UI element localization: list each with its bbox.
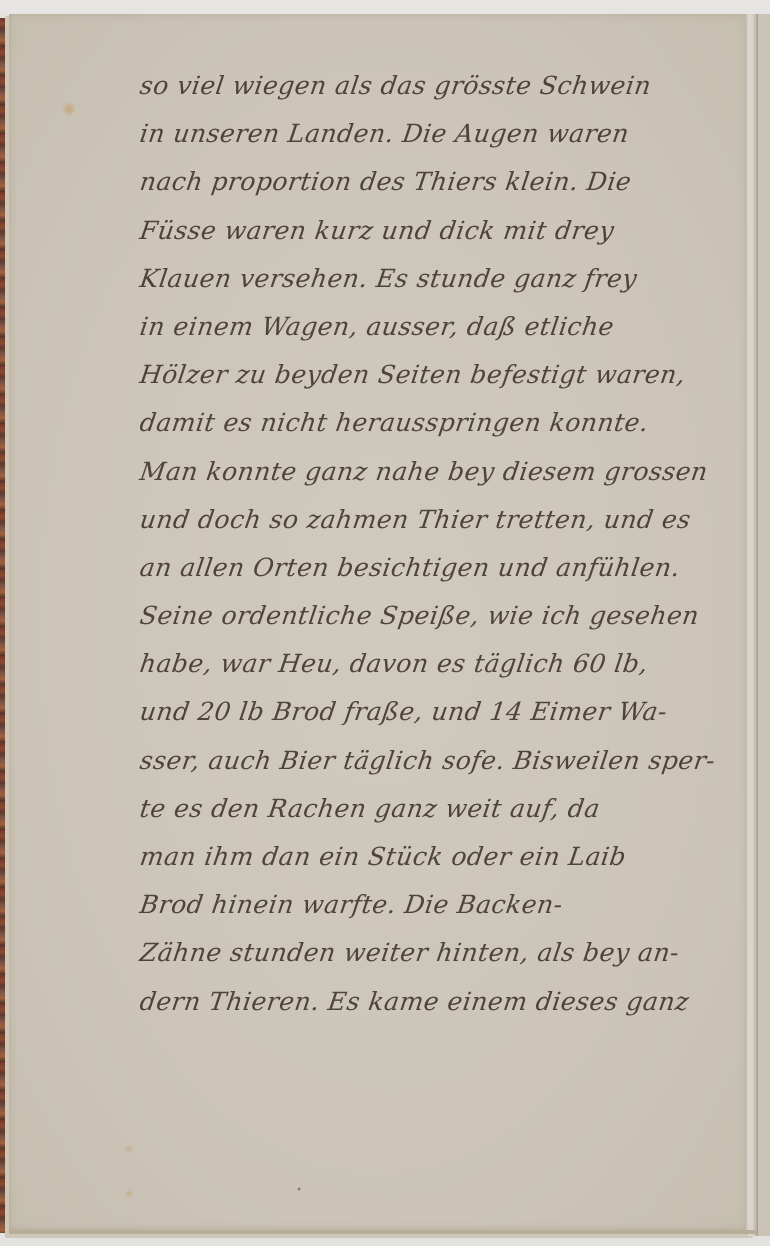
text-line: Hölzer zu beyden Seiten befestigt waren, bbox=[115, 351, 747, 399]
text-line: Man konnte ganz nahe bey diesem grossen bbox=[115, 448, 747, 496]
page-bottom-edge bbox=[9, 1230, 757, 1234]
text-line: Füsse waren kurz und dick mit drey bbox=[115, 207, 747, 255]
handwritten-text-block: so viel wiegen als das grösste Schwein i… bbox=[118, 62, 743, 1026]
text-line: sser, auch Bier täglich sofe. Bisweilen … bbox=[115, 737, 747, 785]
manuscript-scan: so viel wiegen als das grösste Schwein i… bbox=[0, 0, 770, 1246]
gutter-fold bbox=[745, 14, 757, 1236]
text-line: Zähne stunden weiter hinten, als bey an- bbox=[115, 929, 747, 977]
text-line: Seine ordentliche Speiße, wie ich gesehe… bbox=[115, 592, 747, 640]
text-line: so viel wiegen als das grösste Schwein bbox=[115, 62, 747, 110]
text-line: in einem Wagen, ausser, daß etliche bbox=[115, 303, 747, 351]
text-line: nach proportion des Thiers klein. Die bbox=[115, 158, 747, 206]
text-line: und doch so zahmen Thier tretten, und es bbox=[115, 496, 747, 544]
text-line: Brod hinein warfte. Die Backen- bbox=[115, 881, 747, 929]
facing-page-edge bbox=[757, 14, 770, 1236]
text-line: und 20 lb Brod fraße, und 14 Eimer Wa- bbox=[115, 688, 747, 736]
text-line: habe, war Heu, davon es täglich 60 lb, bbox=[115, 640, 747, 688]
text-line: dern Thieren. Es kame einem dieses ganz bbox=[115, 978, 747, 1026]
text-line: te es den Rachen ganz weit auf, da bbox=[115, 785, 747, 833]
text-line: Klauen versehen. Es stunde ganz frey bbox=[115, 255, 747, 303]
text-line: damit es nicht herausspringen konnte. bbox=[115, 399, 747, 447]
text-line: in unseren Landen. Die Augen waren bbox=[115, 110, 747, 158]
text-line: man ihm dan ein Stück oder ein Laib bbox=[115, 833, 747, 881]
scan-top-margin bbox=[0, 0, 770, 14]
text-line: an allen Orten besichtigen und anfühlen. bbox=[115, 544, 747, 592]
